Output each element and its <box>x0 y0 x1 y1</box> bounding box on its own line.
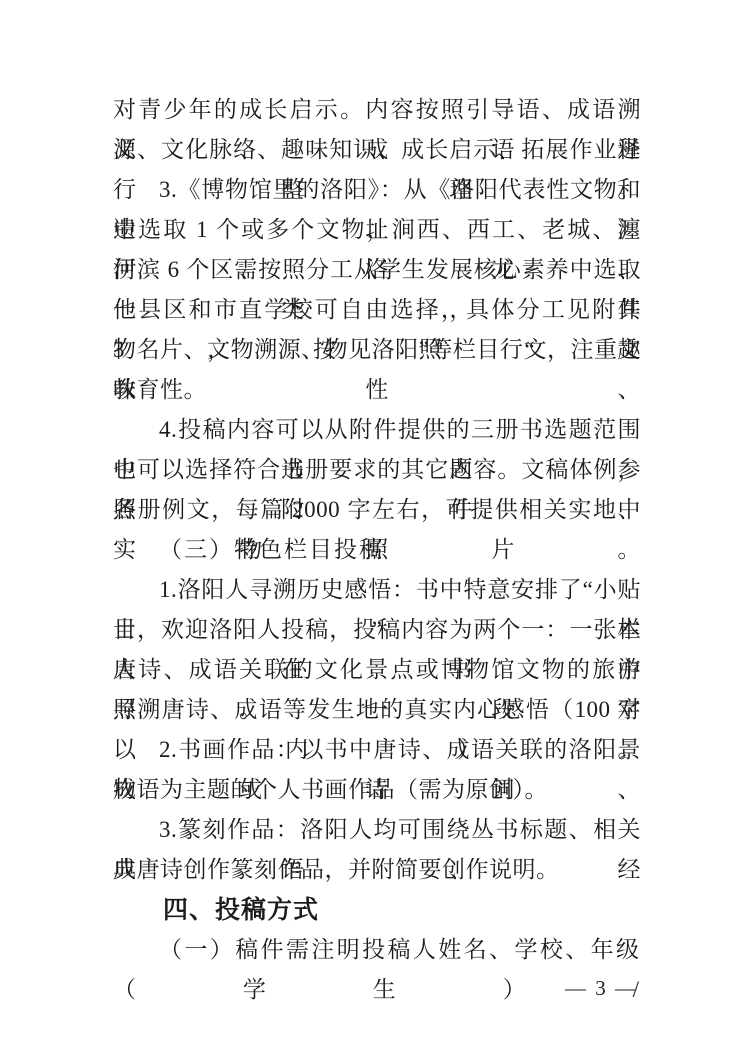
document-line: 他县区和市直学校可自由选择，具体分工见附件 3，按照“文 <box>113 290 641 330</box>
document-line: 中选取 1 个或多个文物，涧西、西工、老城、瀍河、洛龙、 <box>113 210 641 250</box>
document-line: （一）稿件需注明投稿人姓名、学校、年级（学生）/ <box>113 930 641 970</box>
document-line: 各册例文，每篇 2000 字左右，可提供相关实地、实物照片。 <box>113 490 641 530</box>
document-line: 4.投稿内容可以从附件提供的三册书选题范围中选题， <box>113 410 641 450</box>
section-heading-submission-method: 四、投稿方式 <box>113 890 641 930</box>
document-line: 伊滨 6 个区需按照分工从学生发展核心素养中选取一类，其 <box>113 250 641 290</box>
document-line: 物名片、文物溯源、物见洛阳”等栏目行文，注重趣味性、 <box>113 330 641 370</box>
document-page: 对青少年的成长启示。内容按照引导语、成语溯源、成语释 义、文化脉络、趣味知识、成… <box>0 0 750 1061</box>
document-line: 义、文化脉络、趣味知识、成长启示、拓展作业进行整理。 <box>113 130 641 170</box>
document-line: 1.洛阳人寻溯历史感悟：书中特意安排了“小贴士”栏 <box>113 570 641 610</box>
document-line: 3.《博物馆里的洛阳》：从《洛阳代表性文物和遗址》 <box>113 170 641 210</box>
document-line: 唐诗、成语关联的文化景点或博物馆文物的旅游照。一段对 <box>113 650 641 690</box>
document-line: 对青少年的成长启示。内容按照引导语、成语溯源、成语释 <box>113 90 641 130</box>
document-body: 对青少年的成长启示。内容按照引导语、成语溯源、成语释 义、文化脉络、趣味知识、成… <box>113 90 641 970</box>
document-line: 目，欢迎洛阳人投稿，投稿内容为两个一：一张本人在书中 <box>113 610 641 650</box>
document-line: 寻溯唐诗、成语等发生地的真实内心感悟（100 字以内）。 <box>113 690 641 730</box>
document-line: 3.篆刻作品：洛阳人均可围绕丛书标题、相关成语、经 <box>113 810 641 850</box>
page-number: — 3 — <box>565 976 638 1001</box>
document-line: 也可以选择符合书册要求的其它内容。文稿体例参照附件中 <box>113 450 641 490</box>
document-line: 2.书画作品：以书中唐诗、成语关联的洛阳景物或诗词、 <box>113 730 641 770</box>
